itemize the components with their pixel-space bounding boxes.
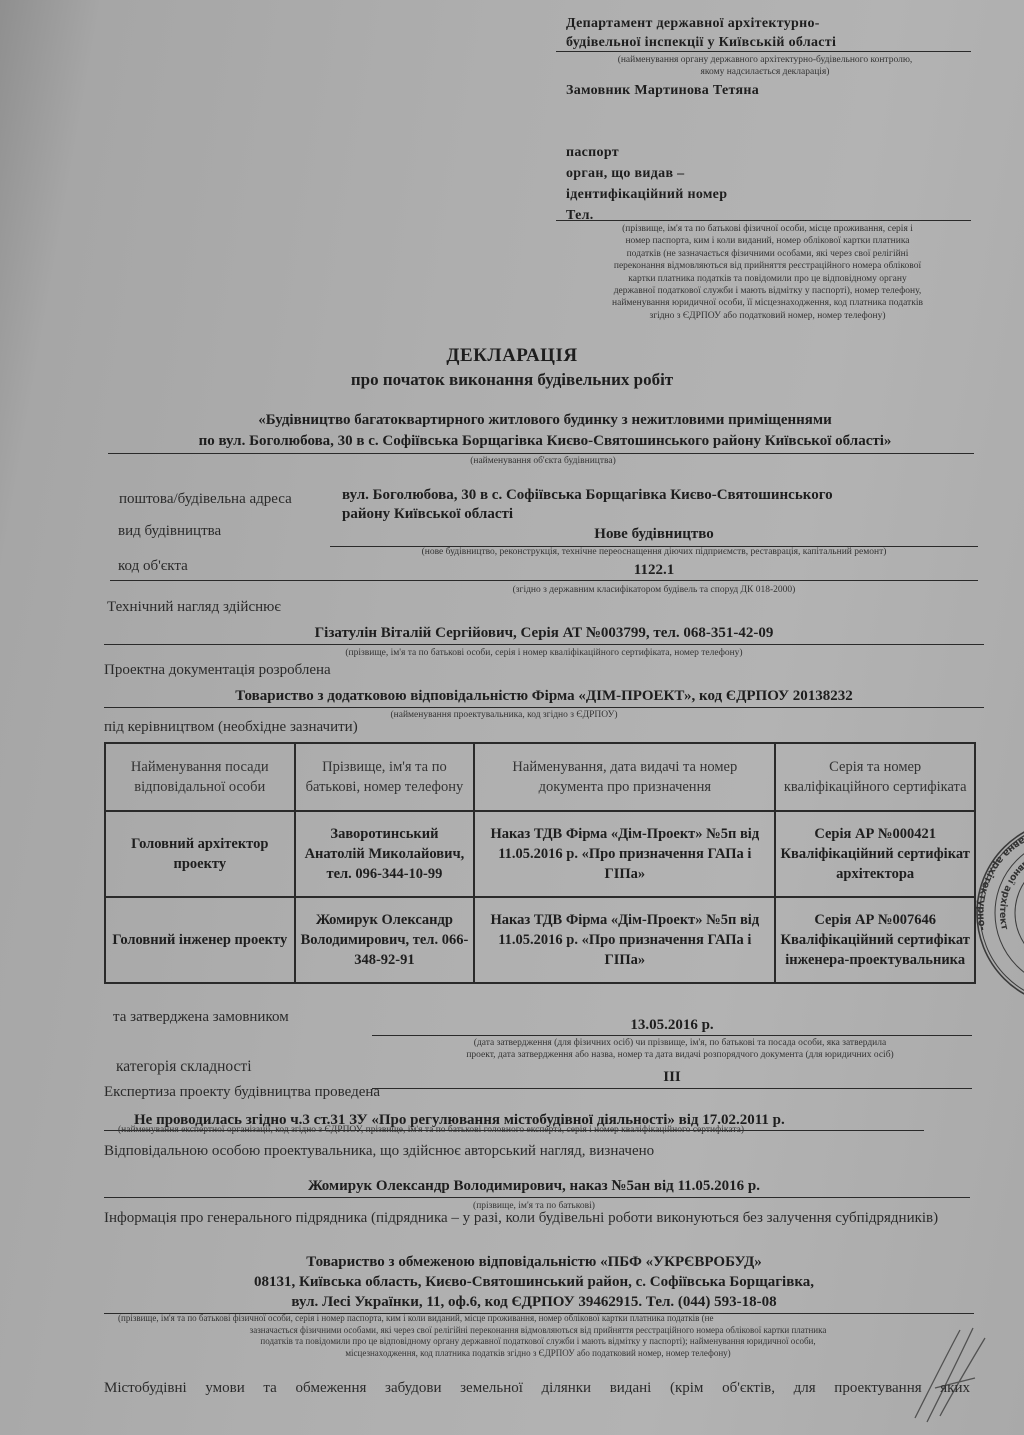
tech-supervision-label: Технічний нагляд здійснює [107,599,281,616]
project-docs-value: Товариство з додатковою відповідальністю… [104,688,984,705]
object-code-caption: (згідно з державним класифікатором будів… [330,584,978,596]
recipient-line-1: Департамент державної архітектурно- [566,14,896,33]
caption-line: згідно з ЄДРПОУ або податковий номер, но… [560,310,975,322]
construction-type-caption: (нове будівництво, реконструкція, техніч… [330,546,978,558]
object-caption: (найменування об'єкта будівництва) [110,455,976,467]
divider [104,707,984,708]
signature-icon [905,1318,995,1428]
divider [556,220,971,221]
official-stamp-icon: Державна архітектурно- Державної архітек… [975,818,1024,1008]
approval-caption: (дата затвердження (для фізичних осіб) ч… [385,1037,975,1061]
divider [104,644,984,645]
cell-position: Головний інженер проекту [105,897,295,983]
contractor-code-phone: вул. Лесі Українки, 11, оф.6, код ЄДРПОУ… [104,1292,964,1312]
object-code-label: код об'єкта [118,558,188,575]
cell-name-phone: Жомирук Олександр Володимирович, тел. 06… [295,897,475,983]
recipient-caption: (найменування органу державного архітект… [560,54,970,78]
address-line-2: району Київської області [342,505,833,524]
approval-label: та затверджена замовником [113,1009,289,1026]
caption-line: (дата затвердження (для фізичних осіб) ч… [385,1037,975,1049]
complexity-value: III [372,1069,972,1086]
table-row: Головний архітектор проекту Заворотинськ… [105,811,975,897]
tech-supervision-value: Гізатулін Віталій Сергійович, Серія АТ №… [104,625,984,642]
expertise-label: Експертиза проекту будівництва проведена [104,1084,380,1101]
construction-type-value: Нове будівництво [330,526,978,543]
header-appointment-doc: Найменування, дата видачі та номер докум… [474,743,775,811]
document-title: ДЕКЛАРАЦІЯ [0,345,1024,367]
project-docs-label: Проектна документація розроблена [104,662,331,679]
divider [110,580,978,581]
document-subtitle: про початок виконання будівельних робіт [0,370,1024,390]
id-number-label: ідентифікаційний номер [566,184,727,205]
address-value: вул. Боголюбова, 30 в с. Софіївська Борщ… [342,486,833,524]
cell-certificate: Серія АР №000421 Кваліфікаційний сертифі… [775,811,975,897]
approval-date: 13.05.2016 р. [372,1017,972,1034]
caption-line: зазначається фізичними особами, які чере… [118,1325,958,1337]
divider [108,453,974,454]
header-name-phone: Прізвище, ім'я та по батькові, номер тел… [295,743,475,811]
contractor-caption: (прізвище, ім'я та по батькові фізичної … [118,1313,958,1359]
recipient-authority: Департамент державної архітектурно- буді… [566,14,896,52]
contractor-name: Товариство з обмеженою відповідальністю … [104,1252,964,1272]
customer-id-block: паспорт орган, що видав – ідентифікаційн… [566,142,727,226]
address-label: поштова/будівельна адреса [119,491,292,508]
cell-name-phone: Заворотинський Анатолій Миколайович, тел… [295,811,475,897]
caption-line: проект, дата затвердження або назва, ном… [385,1049,975,1061]
caption-line: податків та повідомили про це відповідно… [118,1336,958,1348]
issuer-label: орган, що видав – [566,163,727,184]
cell-appointment-doc: Наказ ТДВ Фірма «Дім-Проект» №5п від 11.… [474,897,775,983]
object-name-line-1: «Будівництво багатоквартирного житлового… [120,412,970,429]
divider [104,1197,970,1198]
complexity-label: категорія складності [116,1058,252,1076]
management-label: під керівництвом (необхідне зазначити) [104,719,358,736]
contractor-label: Інформація про генерального підрядника (… [104,1208,970,1228]
header-position: Найменування посади відповідальної особи [105,743,295,811]
responsible-persons-table: Найменування посади відповідальної особи… [104,742,976,984]
author-supervision-value: Жомирук Олександр Володимирович, наказ №… [104,1178,964,1195]
caption-line: податків (не зазначається фізичними особ… [560,248,975,260]
object-name-line-2: по вул. Боголюбова, 30 в с. Софіївська Б… [110,433,980,450]
customer-caption: (прізвище, ім'я та по батькові фізичної … [560,223,975,322]
customer-name: Замовник Мартинова Тетяна [566,83,759,99]
caption-line: місцезнаходження, код платника податків … [118,1348,958,1360]
caption-line: якому надсилається декларація) [560,66,970,78]
caption-line: державної податкової служби і мають відм… [560,285,975,297]
construction-type-label: вид будівництва [118,523,221,540]
caption-line: картки платника податків та повідомили п… [560,273,975,285]
table-header-row: Найменування посади відповідальної особи… [105,743,975,811]
table-row: Головний інженер проекту Жомирук Олексан… [105,897,975,983]
contractor-address: 08131, Київська область, Києво-Святошинс… [104,1272,964,1292]
divider [556,51,971,52]
caption-line: (прізвище, ім'я та по батькові фізичної … [560,223,975,235]
caption-line: (найменування органу державного архітект… [560,54,970,66]
caption-line: номер паспорта, ким і коли виданий, номе… [560,235,975,247]
passport-label: паспорт [566,142,727,163]
divider [372,1088,972,1089]
expertise-caption: (найменування експертної організації, ко… [118,1124,968,1136]
object-code-value: 1122.1 [330,562,978,579]
address-line-1: вул. Боголюбова, 30 в с. Софіївська Борщ… [342,486,833,505]
cell-appointment-doc: Наказ ТДВ Фірма «Дім-Проект» №5п від 11.… [474,811,775,897]
divider [372,1035,972,1036]
tech-supervision-caption: (прізвище, ім'я та по батькові особи, се… [104,647,984,659]
author-supervision-label: Відповідальною особою проектувальника, щ… [104,1143,654,1160]
contractor-value: Товариство з обмеженою відповідальністю … [104,1252,964,1312]
cell-position: Головний архітектор проекту [105,811,295,897]
urban-conditions-label: Містобудівні умови та обмеження забудови… [104,1380,970,1397]
cell-certificate: Серія АР №007646 Кваліфікаційний сертифі… [775,897,975,983]
caption-line: переконання відмовляються від прийняття … [560,260,975,272]
caption-line: найменування юридичної особи, її місцезн… [560,297,975,309]
recipient-line-2: будівельної інспекції у Київській област… [566,33,896,52]
header-certificate: Серія та номер кваліфікаційного сертифік… [775,743,975,811]
caption-line: (прізвище, ім'я та по батькові фізичної … [118,1313,958,1325]
